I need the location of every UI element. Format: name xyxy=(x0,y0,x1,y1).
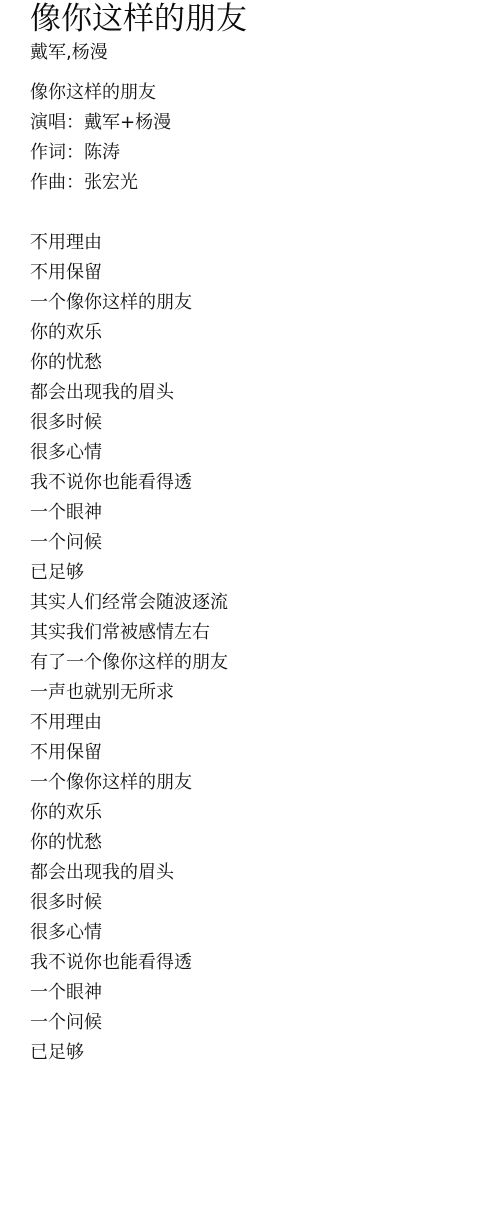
lyric-line: 很多心情 xyxy=(30,918,228,948)
lyric-line: 一个像你这样的朋友 xyxy=(30,288,228,318)
lyric-line: 已足够 xyxy=(30,558,228,588)
lyric-line: 很多时候 xyxy=(30,408,228,438)
song-title: 像你这样的朋友 xyxy=(30,0,247,38)
lyric-line: 作词：陈涛 xyxy=(30,138,228,168)
lyric-line: 一声也就别无所求 xyxy=(30,678,228,708)
lyric-line: 一个问候 xyxy=(30,1008,228,1038)
lyric-line: 一个像你这样的朋友 xyxy=(30,768,228,798)
lyric-line: 不用保留 xyxy=(30,258,228,288)
lyric-line: 你的欢乐 xyxy=(30,318,228,348)
lyric-line: 不用理由 xyxy=(30,708,228,738)
lyric-line: 像你这样的朋友 xyxy=(30,78,228,108)
lyric-line: 我不说你也能看得透 xyxy=(30,468,228,498)
lyric-line: 你的忧愁 xyxy=(30,348,228,378)
lyric-line: 不用理由 xyxy=(30,228,228,258)
lyric-line: 有了一个像你这样的朋友 xyxy=(30,648,228,678)
lyric-line: 一个问候 xyxy=(30,528,228,558)
lyric-line: 你的忧愁 xyxy=(30,828,228,858)
lyric-line: 演唱：戴军+杨漫 xyxy=(30,108,228,138)
song-artist: 戴军,杨漫 xyxy=(30,40,108,66)
lyric-line: 作曲：张宏光 xyxy=(30,168,228,198)
lyric-line: 很多时候 xyxy=(30,888,228,918)
lyric-line: 一个眼神 xyxy=(30,978,228,1008)
lyric-line: 已足够 xyxy=(30,1038,228,1068)
lyric-line: 其实人们经常会随波逐流 xyxy=(30,588,228,618)
lyric-line: 我不说你也能看得透 xyxy=(30,948,228,978)
lyric-line: 你的欢乐 xyxy=(30,798,228,828)
lyric-line: 其实我们常被感情左右 xyxy=(30,618,228,648)
lyrics-list: 像你这样的朋友 演唱：戴军+杨漫 作词：陈涛 作曲：张宏光 不用理由 不用保留 … xyxy=(30,78,228,1068)
lyric-line: 一个眼神 xyxy=(30,498,228,528)
lyric-line: 很多心情 xyxy=(30,438,228,468)
lyric-line: 都会出现我的眉头 xyxy=(30,378,228,408)
lyric-line: 不用保留 xyxy=(30,738,228,768)
lyric-line-blank xyxy=(30,198,228,228)
lyric-line: 都会出现我的眉头 xyxy=(30,858,228,888)
